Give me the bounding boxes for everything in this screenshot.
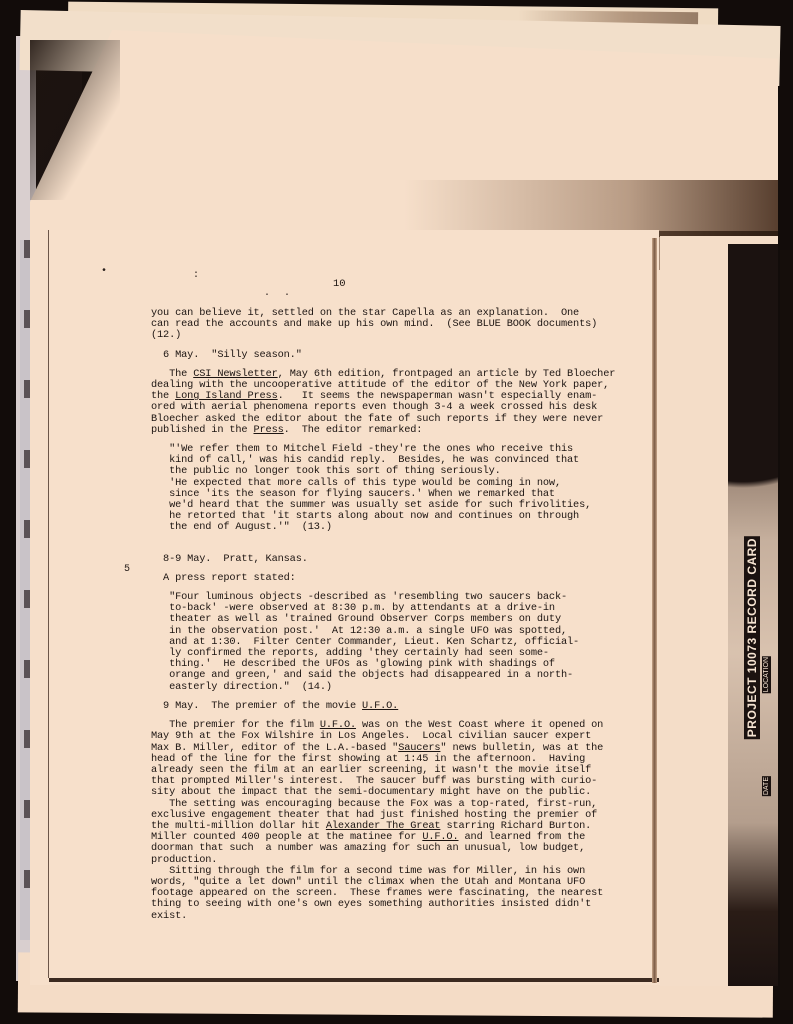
text-line: the end of August.'" (13.)	[151, 522, 581, 533]
text-line: exist.	[151, 911, 581, 922]
quote-pratt-kansas: "Four luminous objects -described as 're…	[151, 592, 581, 693]
text-line: orange and green,' and said the objects …	[151, 670, 581, 681]
text-line: the public no longer took this sort of t…	[151, 466, 581, 477]
entry-heading-9-may: 9 May. The premier of the movie U.F.O.	[151, 701, 581, 712]
page-divider-edge	[652, 238, 657, 983]
record-card-location-label: LOCATION	[762, 656, 771, 693]
document-body: you can believe it, settled on the star …	[151, 278, 581, 922]
text-line: ored with aerial phenomena reports even …	[151, 402, 581, 413]
text-line: easterly direction." (14.)	[151, 682, 581, 693]
fold-shadow	[30, 40, 120, 200]
text-line: theater as well as 'trained Ground Obser…	[151, 614, 581, 625]
quote-editor: "'We refer them to Mitchel Field -they'r…	[151, 444, 581, 534]
record-card-sheet: PROJECT 10073 RECORD CARD LOCATION DATE	[660, 236, 778, 986]
record-card-date-label: DATE	[762, 776, 771, 796]
entry-heading-6-may: 6 May. "Silly season."	[151, 350, 581, 361]
page-bottom-edge	[49, 978, 659, 982]
text-line: (12.)	[151, 330, 581, 341]
text-line: doorman that such a number was amazing f…	[151, 843, 581, 854]
text-line: thing to seeing with one's own eyes some…	[151, 899, 581, 910]
press-report-intro: A press report stated:	[151, 573, 581, 584]
paragraph-ufo-premier: The premier for the film U.F.O. was on t…	[151, 720, 581, 922]
paragraph-csi-newsletter: The CSI Newsletter, May 6th edition, fro…	[151, 369, 581, 436]
text-line: published in the Press. The editor remar…	[151, 425, 581, 436]
text-line: May 9th at the Fox Wilshire in Los Angel…	[151, 731, 581, 742]
record-card-title: PROJECT 10073 RECORD CARD	[744, 536, 760, 739]
text-line: can read the accounts and make up his ow…	[151, 319, 581, 330]
paragraph-capella: you can believe it, settled on the star …	[151, 308, 581, 342]
back-sheet-right-edge	[780, 250, 793, 1010]
stray-mark: 5	[124, 564, 130, 575]
stray-mark: •	[101, 266, 107, 277]
entry-heading-8-9-may: 8-9 May. Pratt, Kansas.	[151, 554, 581, 565]
text-line: sity about the impact that the semi-docu…	[151, 787, 581, 798]
